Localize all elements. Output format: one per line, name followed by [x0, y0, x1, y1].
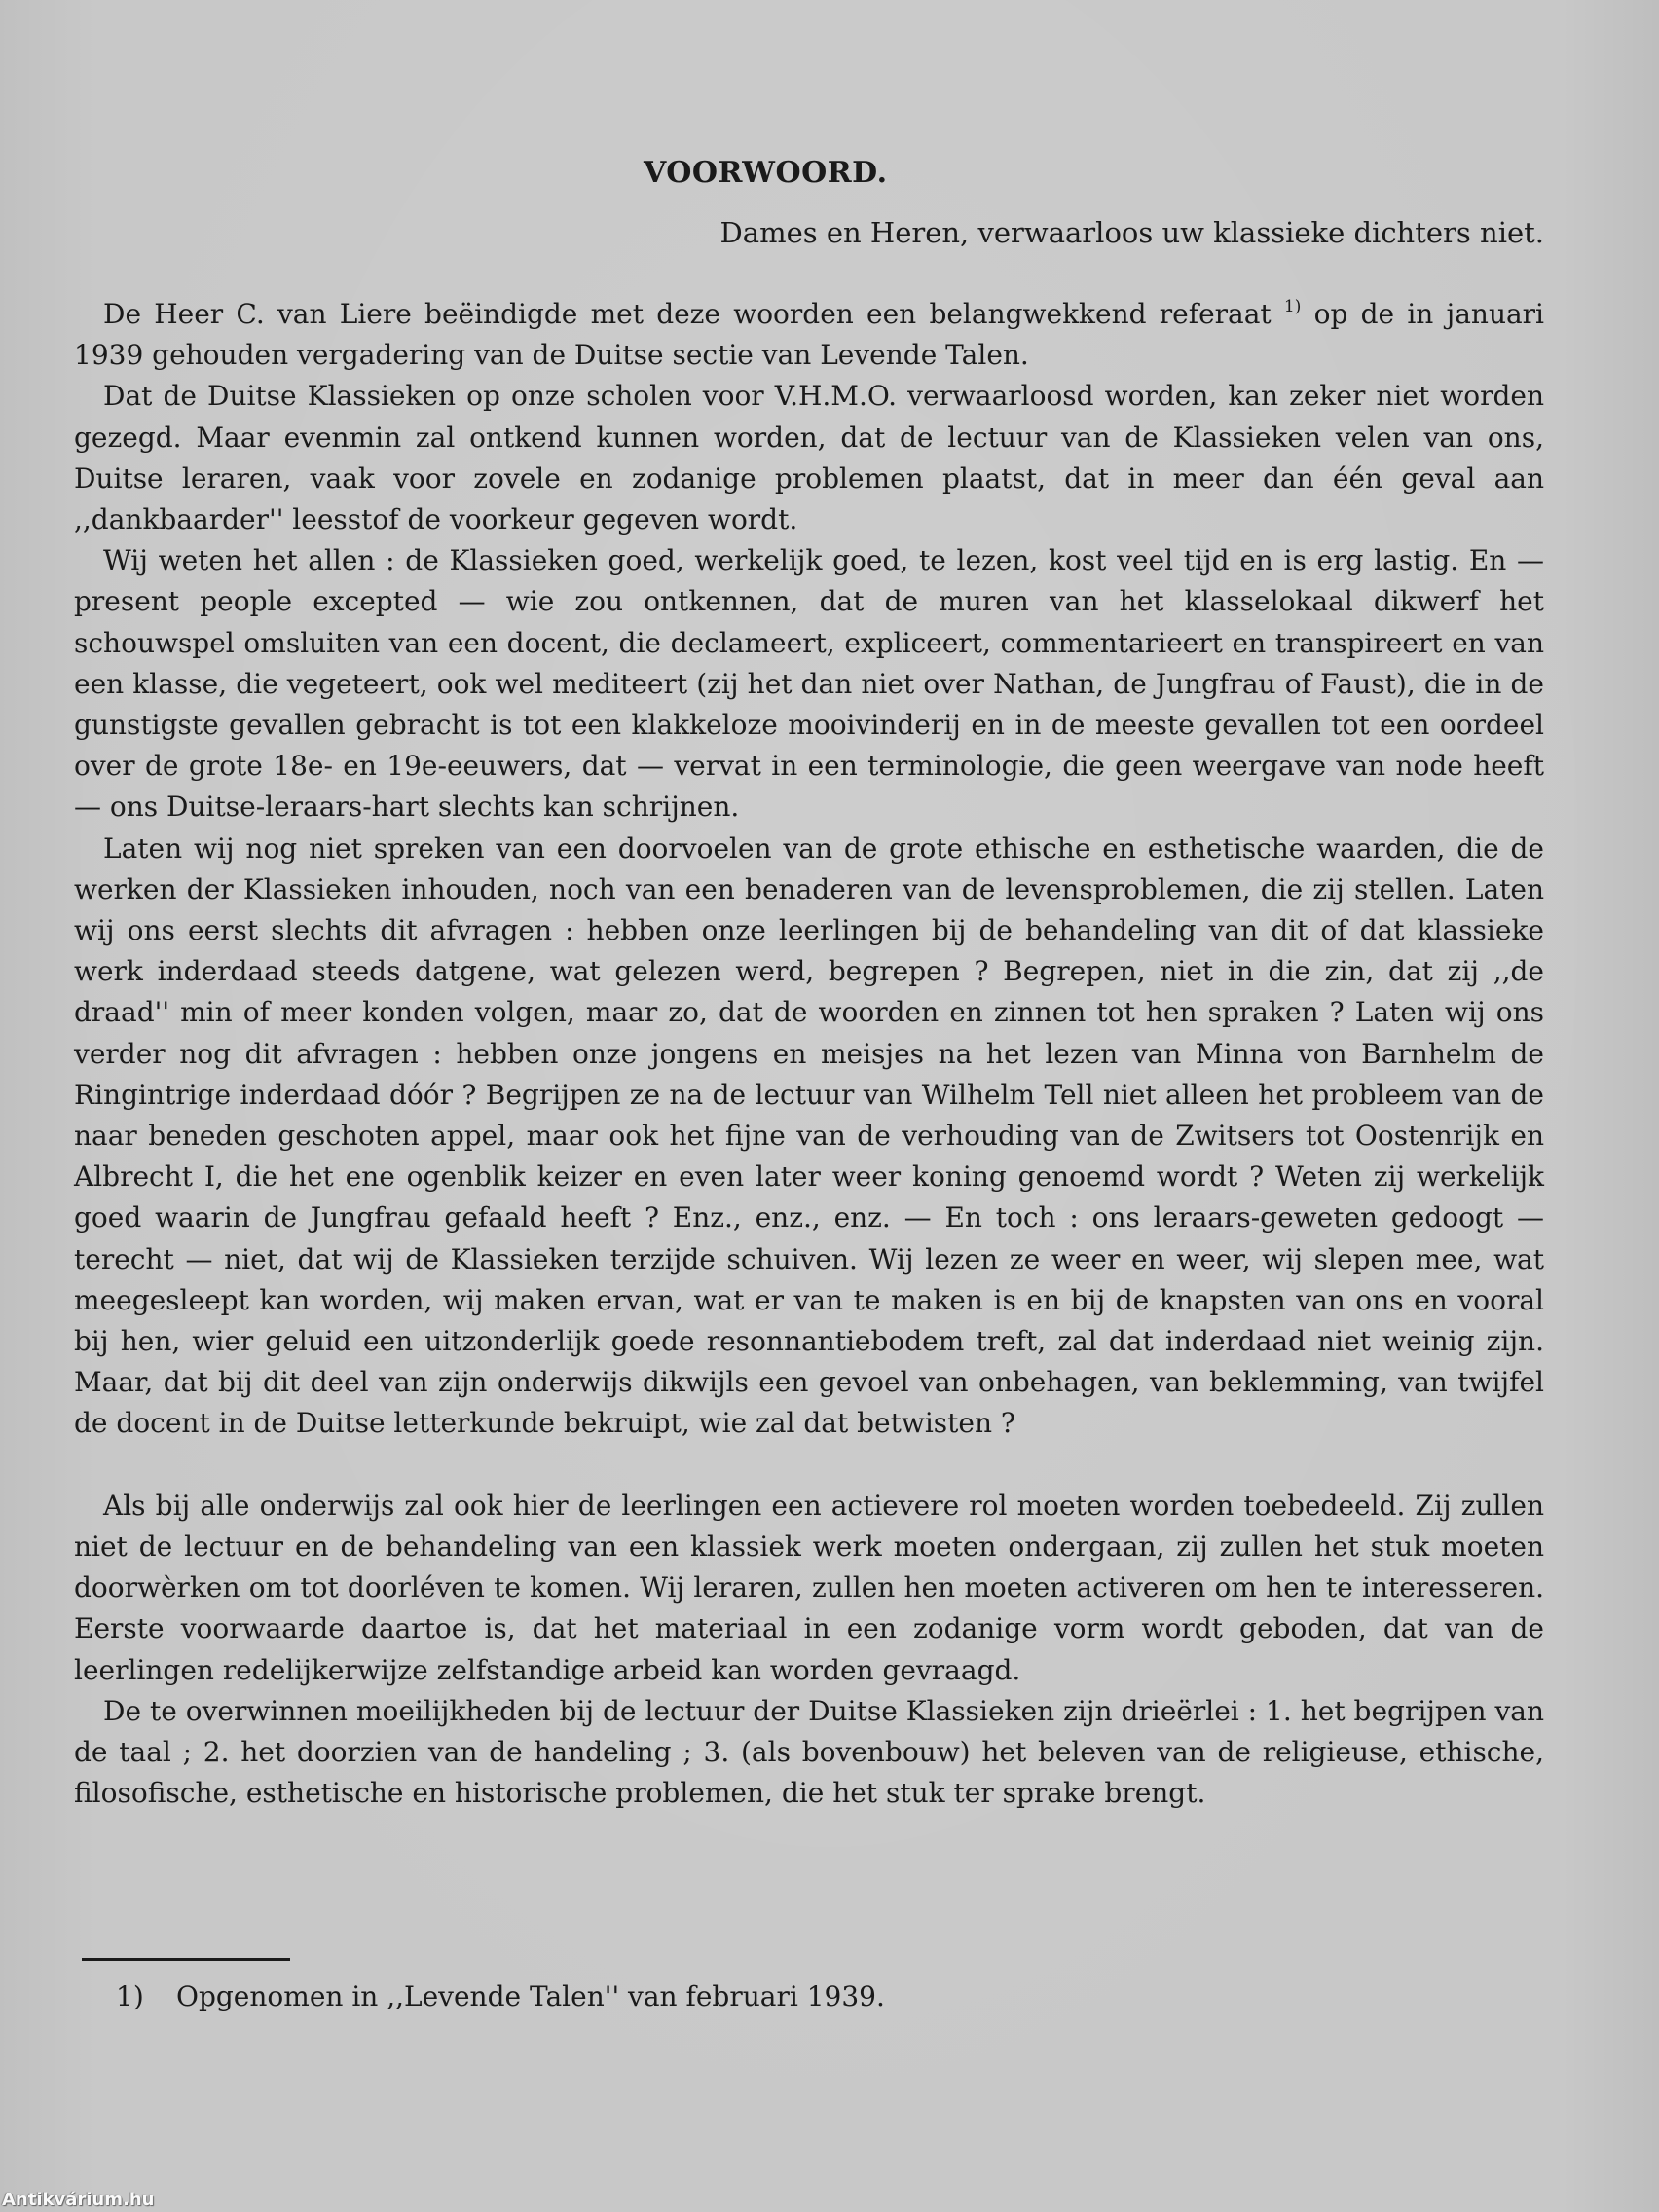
paragraph-3: Wij weten het allen : de Klassieken goed… — [74, 540, 1544, 828]
paragraph-1: De Heer C. van Liere beëindigde met deze… — [74, 294, 1544, 376]
paragraph-6: De te overwinnen moeilijkheden bij de le… — [74, 1691, 1544, 1815]
footnote-reference: 1) — [1284, 297, 1301, 316]
footnote: 1)Opgenomen in ,,Levende Talen'' van feb… — [116, 1980, 885, 2012]
epigraph-quote: Dames en Heren, verwaarloos uw klassieke… — [641, 216, 1544, 249]
paragraph-1-text: De Heer C. van Liere beëindigde met deze… — [103, 298, 1272, 330]
footnote-divider — [82, 1958, 290, 1961]
footnote-number: 1) — [116, 1980, 176, 2012]
paragraph-2: Dat de Duitse Klassieken op onze scholen… — [74, 376, 1544, 540]
body-text: De Heer C. van Liere beëindigde met deze… — [74, 294, 1544, 1814]
page-title: VOORWOORD. — [644, 156, 888, 190]
paragraph-4: Laten wij nog niet spreken van een doorv… — [74, 829, 1544, 1445]
watermark-logo: Antikvárium.hu — [2, 2190, 154, 2210]
footnote-text: Opgenomen in ,,Levende Talen'' van febru… — [176, 1980, 885, 2012]
paragraph-5: Als bij alle onderwijs zal ook hier de l… — [74, 1486, 1544, 1691]
